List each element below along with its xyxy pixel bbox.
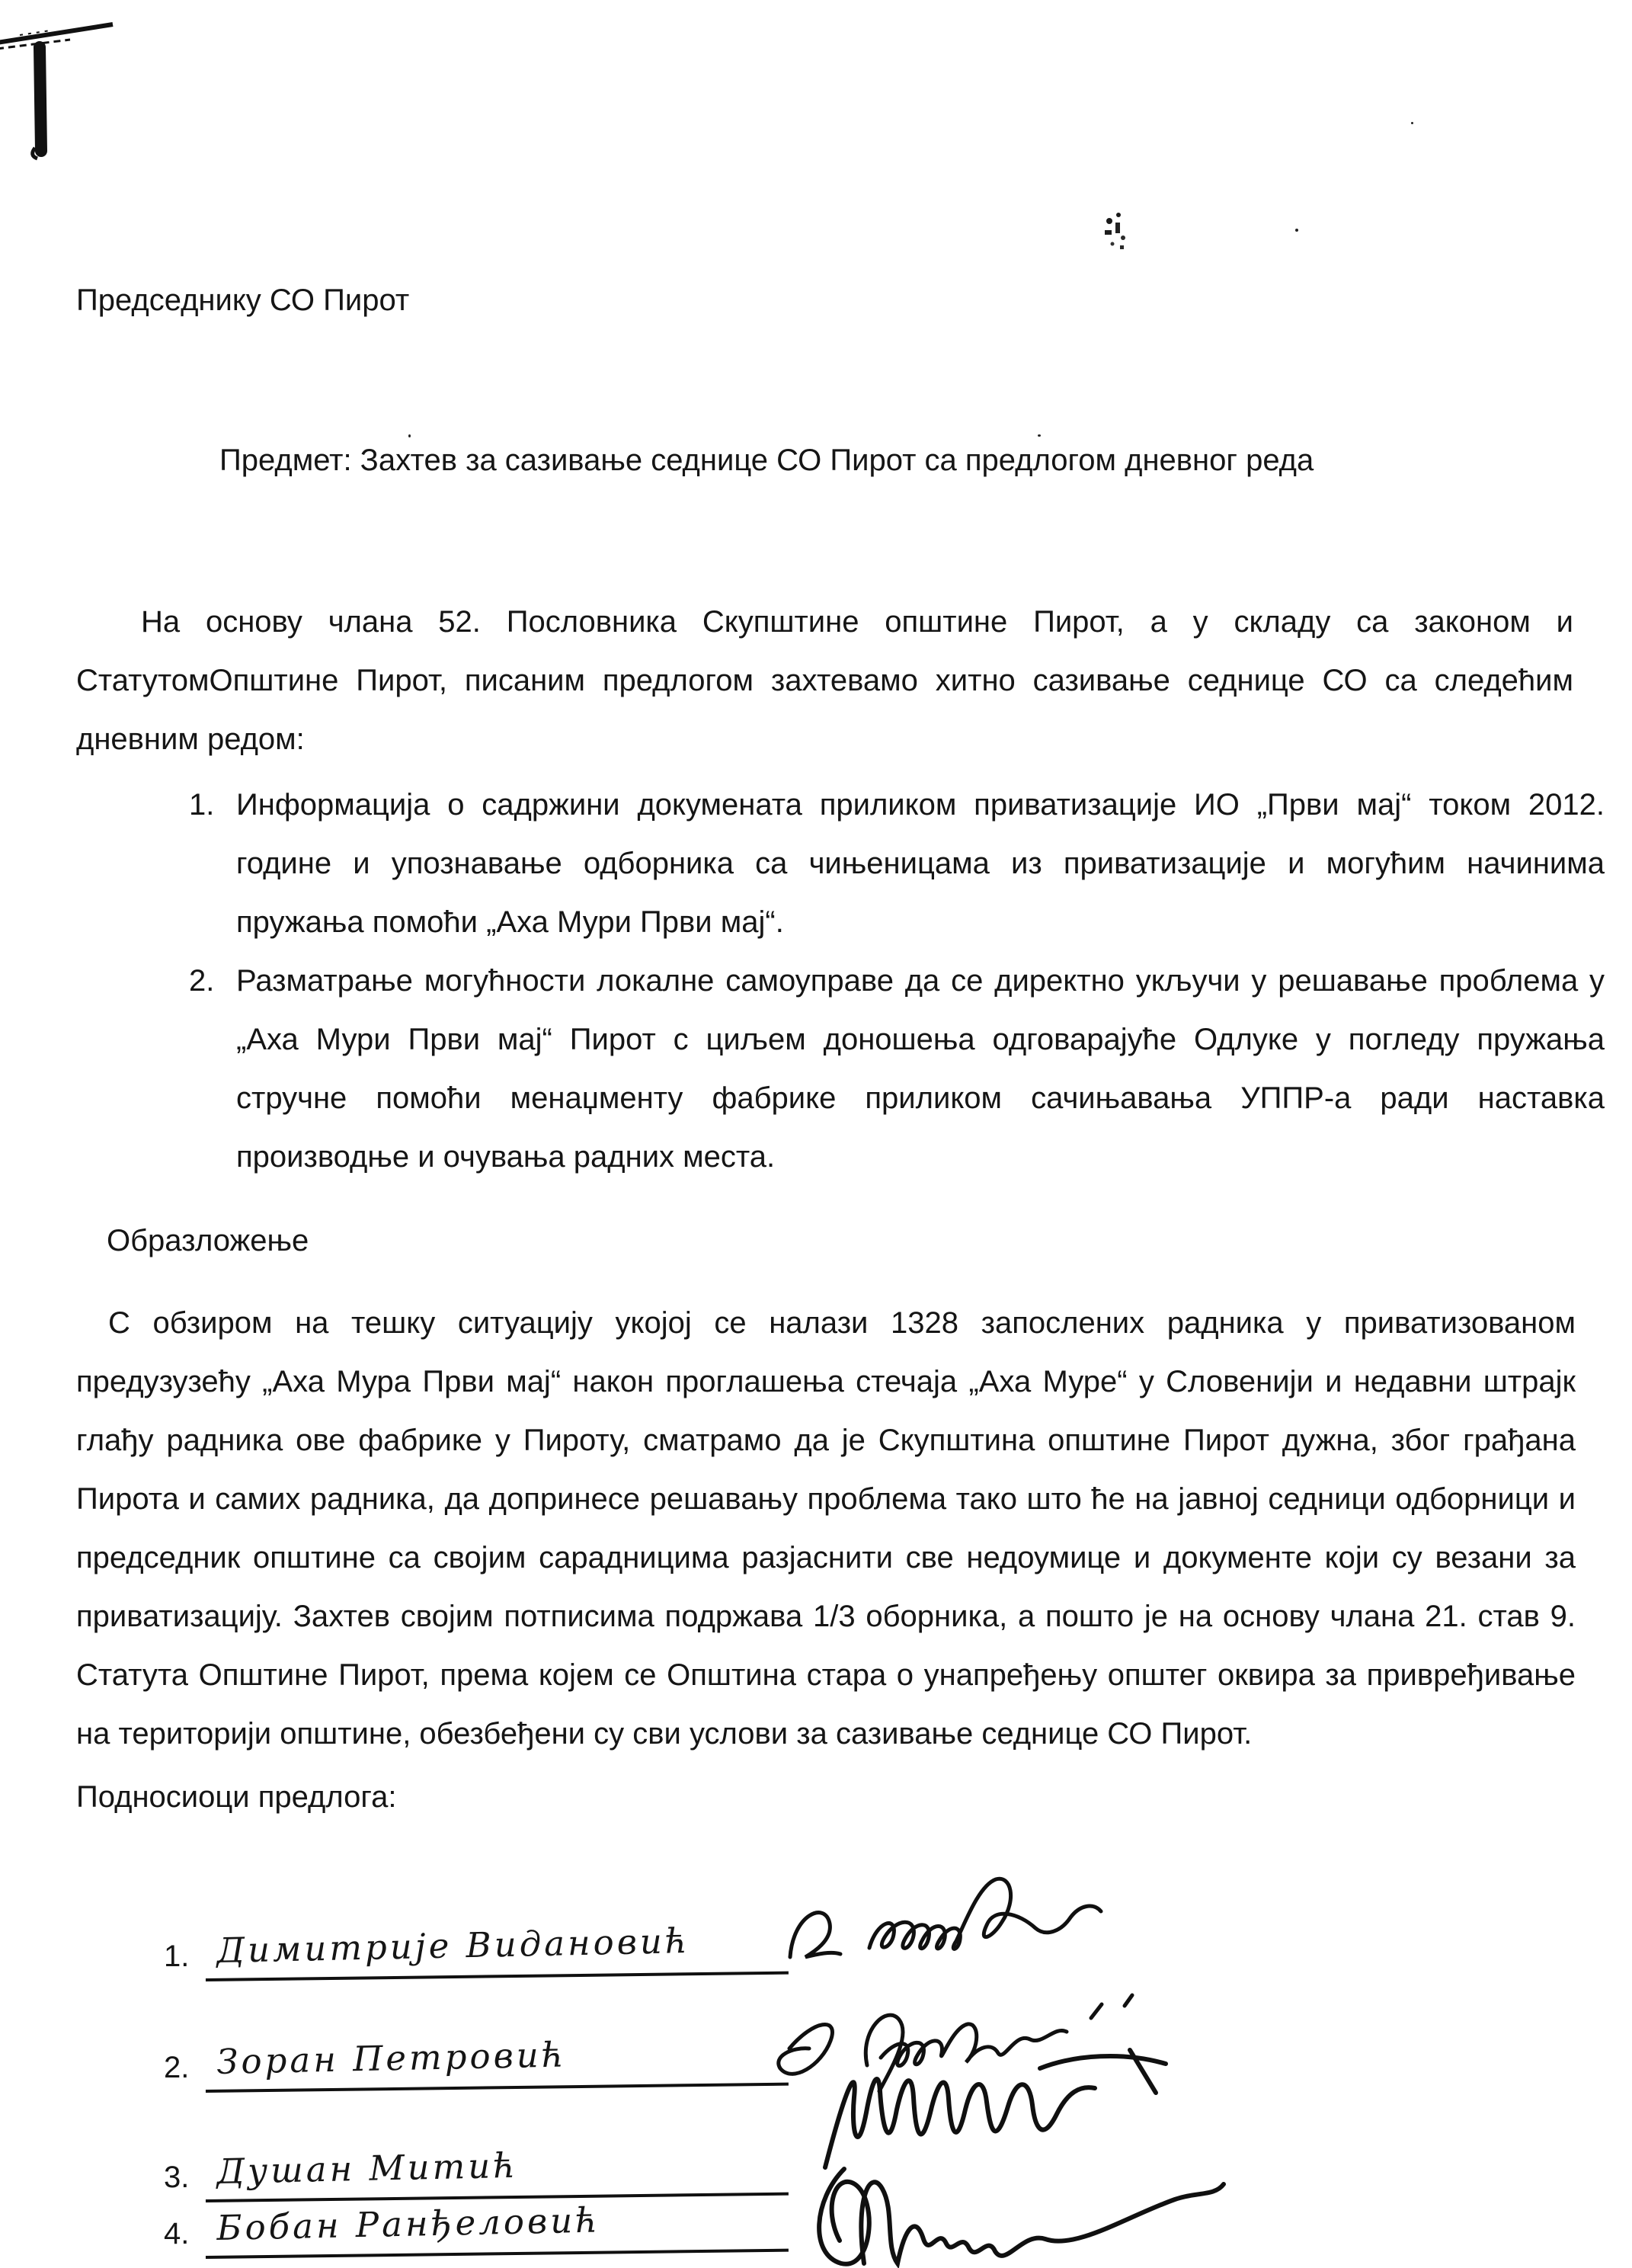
signature-scribble [800,2155,1246,2268]
submitter-name-handwritten: Бобан Ранђеловић [216,2199,601,2248]
agenda-item-text: Информација о садржини докумената прилик… [236,776,1605,952]
submitter-row: 4. Бобан Ранђеловић [164,2180,819,2263]
agenda-item-text: Разматрање могућности локалне самоуправе… [236,952,1605,1187]
scanned-document-page: Председнику СО Пирот Предмет: Захтев за … [0,0,1632,2268]
agenda-item: 1. Информација о садржини докумената при… [189,776,1605,952]
agenda-item-number: 2. [189,952,236,1187]
noise-speck [1411,122,1413,124]
submitters-heading: Подносиоци предлога: [76,1780,396,1815]
submitter-number: 2. [164,2051,189,2085]
signature-line [206,1972,789,1981]
explanation-paragraph: С обзиром на тешку ситуацију укојој се н… [76,1294,1576,1763]
noise-speck [408,434,411,437]
noise-speck [1038,434,1041,437]
submitter-number: 4. [164,2217,189,2251]
submitter-name-handwritten: Зоран Петровић [216,2034,567,2082]
intro-paragraph: На основу члана 52. Пословника Скупштине… [76,593,1573,769]
recipient-line: Председнику СО Пирот [76,283,409,318]
agenda-item: 2. Разматрање могућности локалне самоупр… [189,952,1605,1187]
submitter-row: 1. Димитрије Видановић [164,1902,819,1986]
signature-line [206,2249,789,2259]
agenda-item-number: 1. [189,776,236,952]
explanation-heading: Образложење [107,1224,309,1258]
scan-artifact-corner-mark [0,8,134,171]
signature-scribble [773,1867,1189,1993]
scan-smudge [1096,204,1157,265]
submitter-name-handwritten: Димитрије Видановић [216,1920,690,1971]
submitter-row: 2. Зоран Петровић [164,2013,819,2097]
submitter-number: 1. [164,1940,189,1974]
signature-line [206,2083,789,2093]
noise-speck [1295,229,1298,232]
subject-line: Предмет: Захтев за сазивање седнице СО П… [219,444,1314,478]
agenda-list: 1. Информација о садржини докумената при… [189,776,1605,1187]
